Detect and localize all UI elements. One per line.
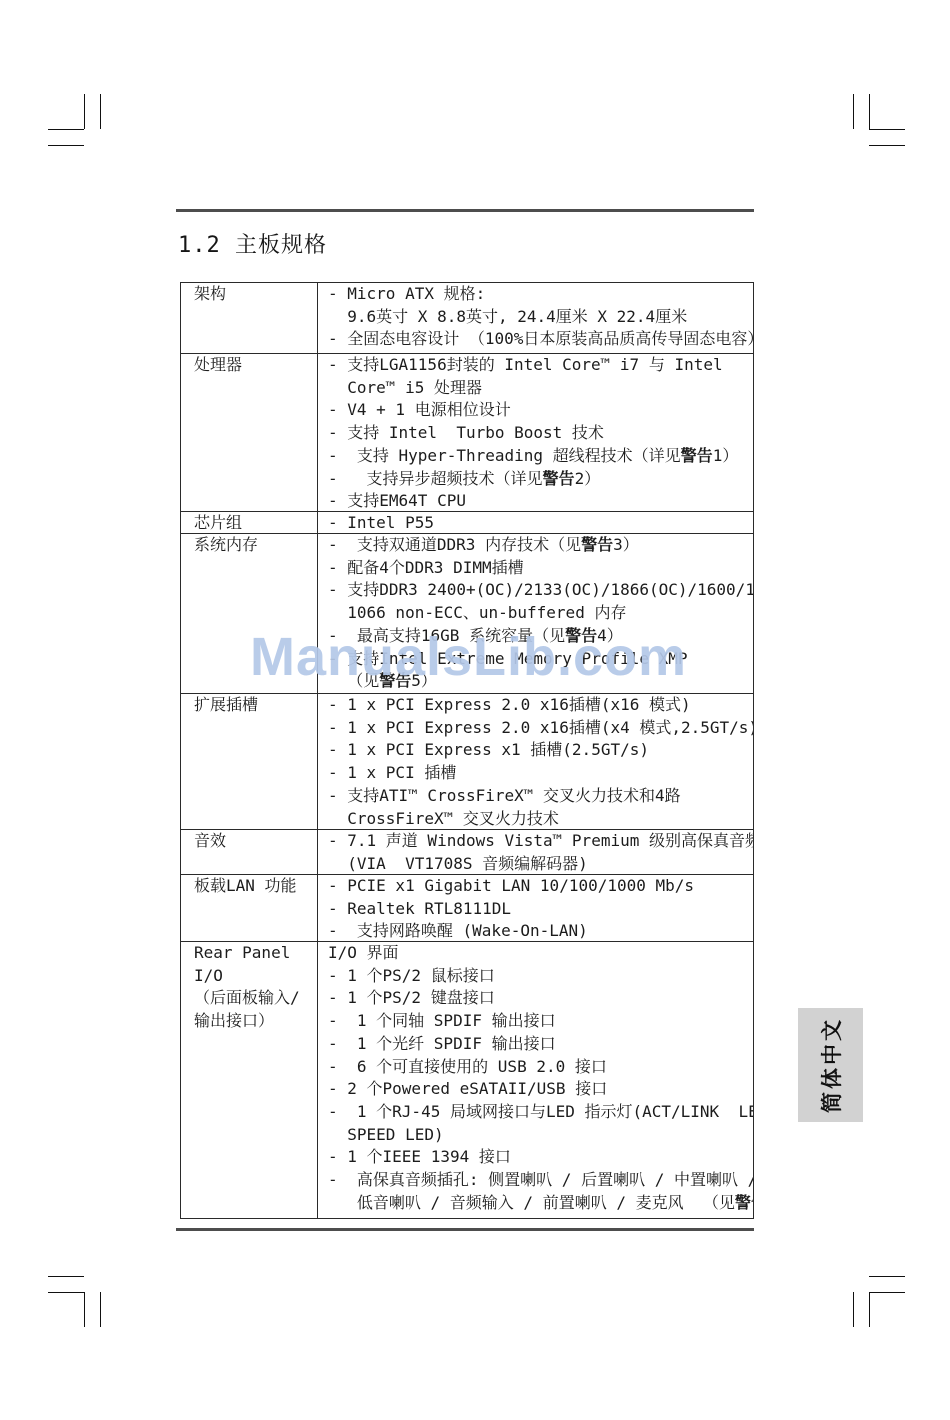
crop-mark-bottom-right-v: [869, 1292, 870, 1327]
row-label: 芯片组: [181, 512, 318, 533]
row-content: I/O 界面 - 1 个PS/2 鼠标接口 - 1 个PS/2 键盘接口 - 1…: [318, 942, 753, 1218]
manual-page: 1.2 主板规格 架构 - Micro ATX 规格: 9.6英寸 X 8.8英…: [0, 0, 950, 1420]
section-top-rule: [176, 209, 754, 212]
crop-mark-bottom-right-h2: [869, 1276, 905, 1277]
crop-mark-bottom-left-h2: [48, 1276, 84, 1277]
table-row: 芯片组 - Intel P55: [181, 511, 753, 533]
crop-mark-top-left-h2: [48, 145, 84, 146]
row-content: - 1 x PCI Express 2.0 x16插槽(x16 模式) - 1 …: [318, 694, 753, 829]
table-row: 处理器 - 支持LGA1156封装的 Intel Core™ i7 与 Inte…: [181, 353, 753, 511]
table-row: 架构 - Micro ATX 规格: 9.6英寸 X 8.8英寸, 24.4厘米…: [181, 283, 753, 353]
row-content: - Micro ATX 规格: 9.6英寸 X 8.8英寸, 24.4厘米 X …: [318, 283, 753, 353]
row-content: - PCIE x1 Gigabit LAN 10/100/1000 Mb/s -…: [318, 875, 753, 941]
table-row: Rear Panel I/O （后面板输入/ 输出接口） I/O 界面 - 1 …: [181, 941, 753, 1218]
crop-mark-top-left-v: [84, 94, 85, 129]
table-row: 音效 - 7.1 声道 Windows Vista™ Premium 级别高保真…: [181, 829, 753, 874]
crop-mark-bottom-right-h: [869, 1292, 905, 1293]
row-label: 音效: [181, 830, 318, 874]
table-row: 板载LAN 功能 - PCIE x1 Gigabit LAN 10/100/10…: [181, 874, 753, 941]
page-title: 1.2 主板规格: [178, 228, 327, 259]
row-content: - 支持LGA1156封装的 Intel Core™ i7 与 Intel Co…: [318, 354, 753, 511]
crop-mark-bottom-left-v: [84, 1292, 85, 1327]
crop-mark-top-right-h2: [869, 145, 905, 146]
row-content: - Intel P55: [318, 512, 753, 533]
row-label: 处理器: [181, 354, 318, 511]
row-label: 板载LAN 功能: [181, 875, 318, 941]
crop-mark-bottom-right-v2: [853, 1292, 854, 1327]
crop-mark-top-left-v2: [100, 94, 101, 129]
spec-table: 架构 - Micro ATX 规格: 9.6英寸 X 8.8英寸, 24.4厘米…: [180, 282, 754, 1219]
crop-mark-bottom-left-v2: [100, 1292, 101, 1327]
row-label: 扩展插槽: [181, 694, 318, 829]
row-content: - 7.1 声道 Windows Vista™ Premium 级别高保真音频 …: [318, 830, 753, 874]
row-content: - 支持双通道DDR3 内存技术（见警告3） - 配备4个DDR3 DIMM插槽…: [318, 534, 753, 693]
crop-mark-top-left-h: [48, 129, 84, 130]
row-label: 架构: [181, 283, 318, 353]
crop-mark-top-right-v: [869, 94, 870, 129]
table-row: 系统内存 - 支持双通道DDR3 内存技术（见警告3） - 配备4个DDR3 D…: [181, 533, 753, 693]
table-row: 扩展插槽 - 1 x PCI Express 2.0 x16插槽(x16 模式)…: [181, 693, 753, 829]
row-label: Rear Panel I/O （后面板输入/ 输出接口）: [181, 942, 318, 1218]
crop-mark-top-right-h: [869, 129, 905, 130]
section-bottom-rule: [176, 1228, 754, 1231]
language-side-tab: 简体中文: [798, 1008, 863, 1122]
language-side-tab-label: 简体中文: [816, 1017, 846, 1113]
crop-mark-bottom-left-h: [48, 1292, 84, 1293]
crop-mark-top-right-v2: [853, 94, 854, 129]
row-label: 系统内存: [181, 534, 318, 693]
